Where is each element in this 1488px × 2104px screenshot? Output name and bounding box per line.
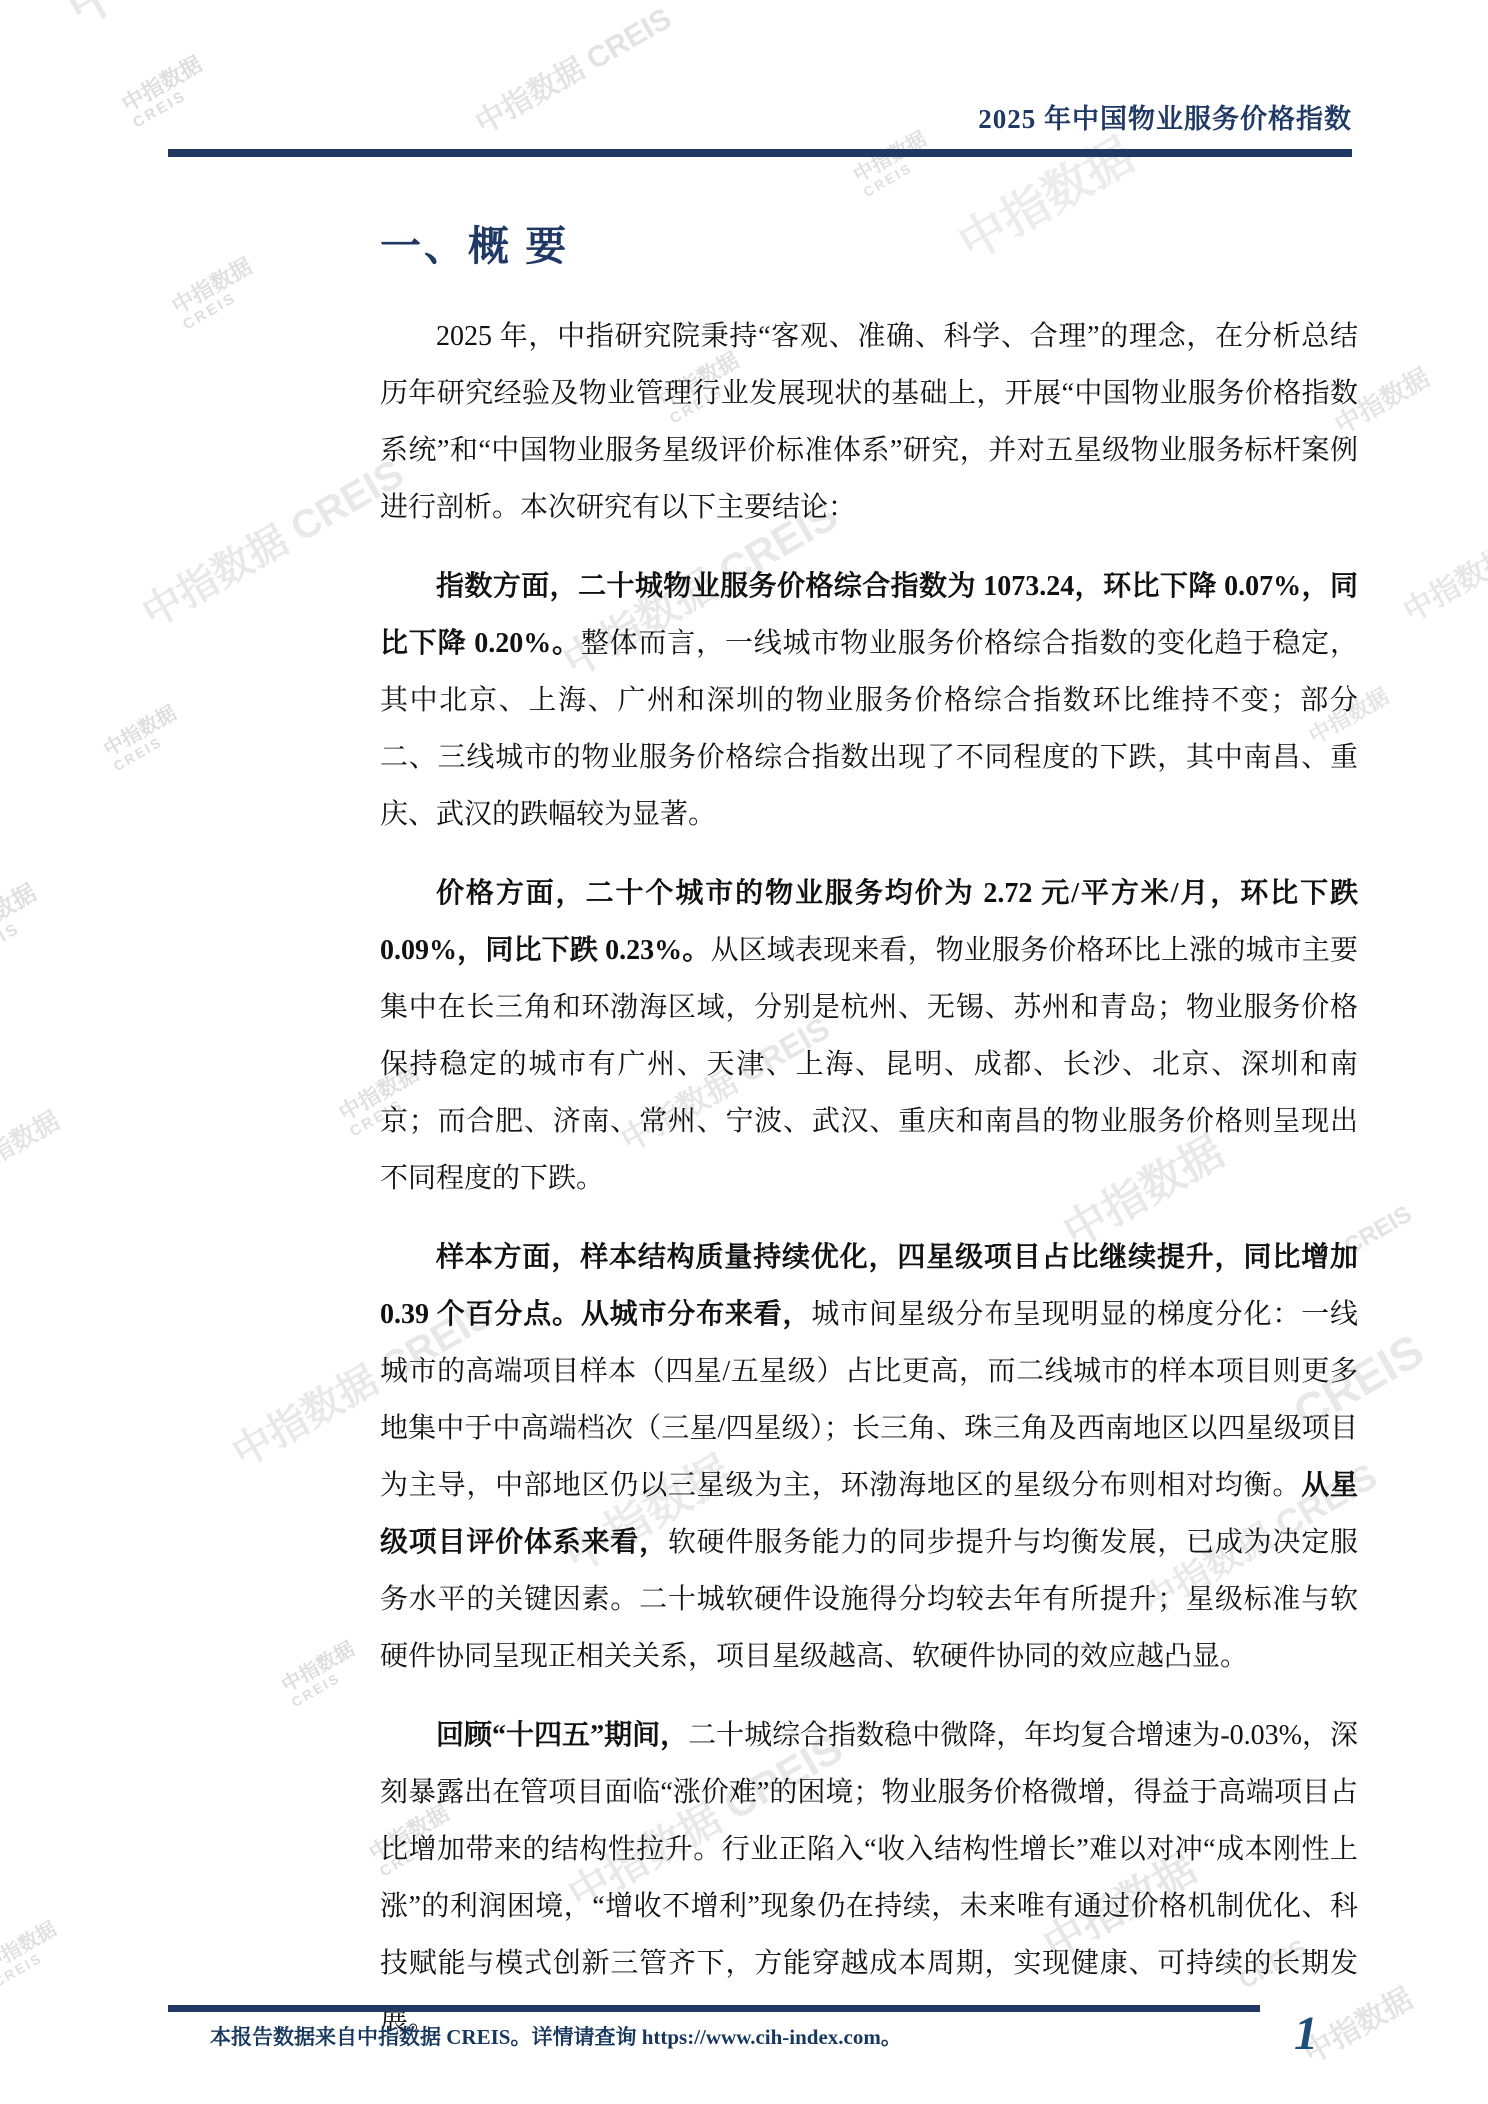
bold-text-run: 回顾“十四五”期间， [436,1720,688,1751]
paragraph: 指数方面，二十城物业服务价格综合指数为 1073.24，环比下降 0.07%，同… [380,558,1358,843]
header-title: 2025 年中国物业服务价格指数 [978,97,1352,136]
section-heading: 一、概 要 [380,220,1358,272]
bold-text-run: 从城市分布来看， [581,1299,812,1330]
page-number: 1 [1294,2006,1318,2061]
footer-url[interactable]: https://www.cih-index.com [642,2025,881,2049]
report-page: 中指数据中指数据CREIS中指数据 CREIS中指数据CREIS中指数据中指数据… [0,0,1488,2104]
paragraph: 2025 年，中指研究院秉持“客观、准确、科学、合理”的理念，在分析总结历年研究… [380,308,1358,536]
text-run: 从区域表现来看，物业服务价格环比上涨的城市主要集中在长三角和环渤海区域，分别是杭… [380,935,1358,1194]
footer-note-prefix: 本报告数据来自中指数据 CREIS。详情请查询 [210,2025,642,2049]
footer-note-suffix: 。 [881,2025,902,2049]
paragraphs-container: 2025 年，中指研究院秉持“客观、准确、科学、合理”的理念，在分析总结历年研究… [380,308,1358,2049]
text-run: 二十城综合指数稳中微降，年均复合增速为-0.03%，深刻暴露出在管项目面临“涨价… [380,1720,1358,2036]
header-rule [168,149,1352,157]
footer-note: 本报告数据来自中指数据 CREIS。详情请查询 https://www.cih-… [210,2021,902,2051]
paragraph: 样本方面，样本结构质量持续优化，四星级项目占比继续提升，同比增加 0.39 个百… [380,1229,1358,1685]
text-run: 2025 年，中指研究院秉持“客观、准确、科学、合理”的理念，在分析总结历年研究… [380,321,1358,523]
document-body: 一、概 要 2025 年，中指研究院秉持“客观、准确、科学、合理”的理念，在分析… [380,220,1358,2049]
page-content: 2025 年中国物业服务价格指数 一、概 要 2025 年，中指研究院秉持“客观… [0,0,1488,2104]
paragraph: 回顾“十四五”期间，二十城综合指数稳中微降，年均复合增速为-0.03%，深刻暴露… [380,1707,1358,2049]
paragraph: 价格方面，二十个城市的物业服务均价为 2.72 元/平方米/月，环比下跌 0.0… [380,865,1358,1207]
footer-rule [168,2005,1260,2012]
